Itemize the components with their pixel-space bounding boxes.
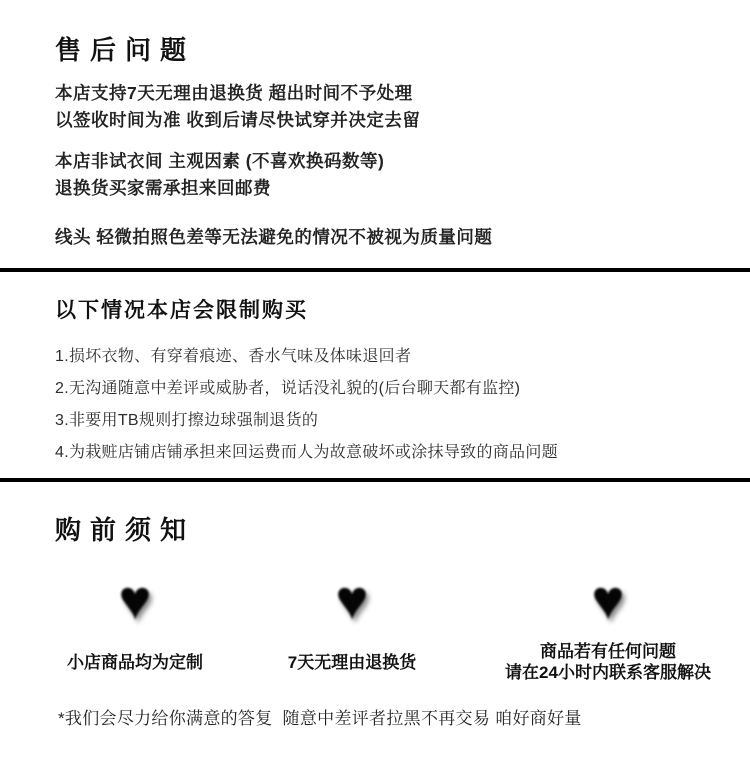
restrictions-title: 以下情况本店会限制购买 — [55, 294, 308, 324]
policy-line-1: 本店支持7天无理由退换货 超出时间不予处理 — [55, 80, 413, 107]
feature-caption: 小店商品均为定制 — [67, 640, 203, 684]
feature-7day-return: ♥ 7天无理由退换货 — [257, 560, 447, 684]
feature-caption-line: 请在24小时内联系客服解决 — [505, 662, 711, 683]
footer-note: *我们会尽力给你满意的答复 随意中差评者拉黑不再交易 咱好商好量 — [58, 704, 582, 729]
after-sales-title: 售后问题 — [55, 30, 195, 67]
divider — [0, 478, 750, 482]
heart-icon: ♥ — [591, 560, 624, 640]
policy-line-2: 以签收时间为准 收到后请尽快试穿并决定去留 — [55, 107, 420, 134]
feature-custom-made: ♥ 小店商品均为定制 — [40, 560, 230, 684]
restriction-item: 2.无沟通随意中差评或威胁者，说话没礼貌的(后台聊天都有监控) — [55, 375, 520, 398]
heart-icon: ♥ — [335, 560, 368, 640]
product-policy-page: 售后问题 本店支持7天无理由退换货 超出时间不予处理 以签收时间为准 收到后请尽… — [0, 0, 750, 775]
policy-line-4: 退换货买家需承担来回邮费 — [55, 175, 271, 202]
pre-purchase-title: 购前须知 — [55, 510, 195, 547]
feature-caption-line: 7天无理由退换货 — [288, 652, 416, 673]
feature-contact-support: ♥ 商品若有任何问题 请在24小时内联系客服解决 — [497, 560, 719, 684]
restriction-item: 4.为栽赃店铺店铺承担来回运费而人为故意破坏或涂抹导致的商品问题 — [55, 439, 558, 462]
feature-caption-line: 小店商品均为定制 — [67, 652, 203, 673]
policy-line-5: 线头 轻微拍照色差等无法避免的情况不被视为质量问题 — [55, 224, 492, 251]
feature-caption-line: 商品若有任何问题 — [540, 641, 676, 662]
divider — [0, 268, 750, 272]
restriction-item: 3.非要用TB规则打擦边球强制退货的 — [55, 407, 318, 430]
policy-line-3: 本店非试衣间 主观因素 (不喜欢换码数等) — [55, 148, 384, 175]
heart-icon: ♥ — [118, 560, 151, 640]
feature-caption: 7天无理由退换货 — [288, 640, 416, 684]
restriction-item: 1.损坏衣物、有穿着痕迹、香水气味及体味退回者 — [55, 343, 411, 366]
feature-caption: 商品若有任何问题 请在24小时内联系客服解决 — [505, 640, 711, 684]
